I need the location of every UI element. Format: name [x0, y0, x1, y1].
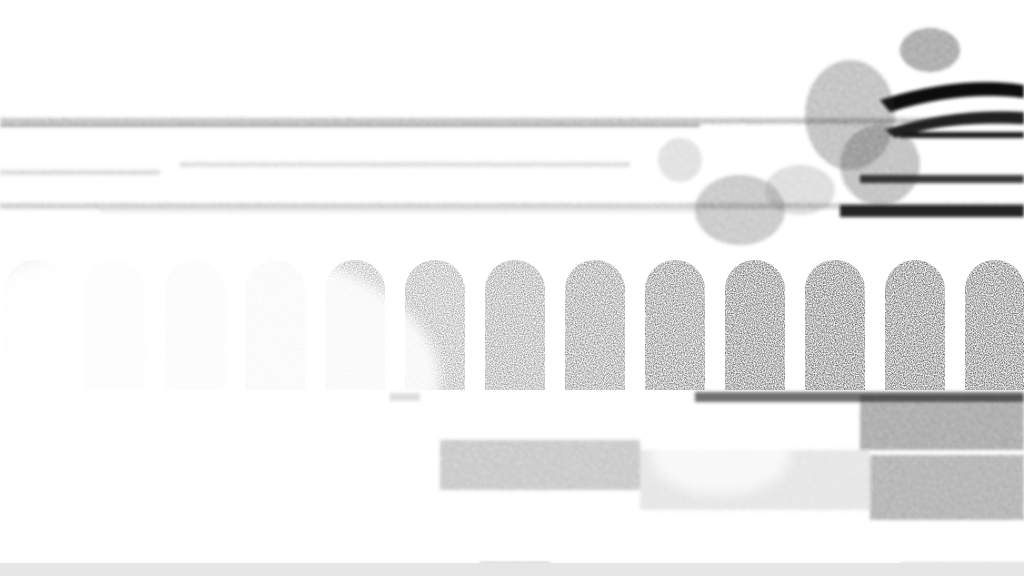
bottom-strip: [0, 563, 1024, 576]
arch: [565, 260, 625, 390]
arch: [485, 260, 545, 390]
arch: [645, 260, 705, 390]
arch: [885, 260, 945, 390]
arch: [725, 260, 785, 390]
arch: [805, 260, 865, 390]
arcade-photo: [0, 0, 1024, 576]
arch: [965, 260, 1024, 390]
